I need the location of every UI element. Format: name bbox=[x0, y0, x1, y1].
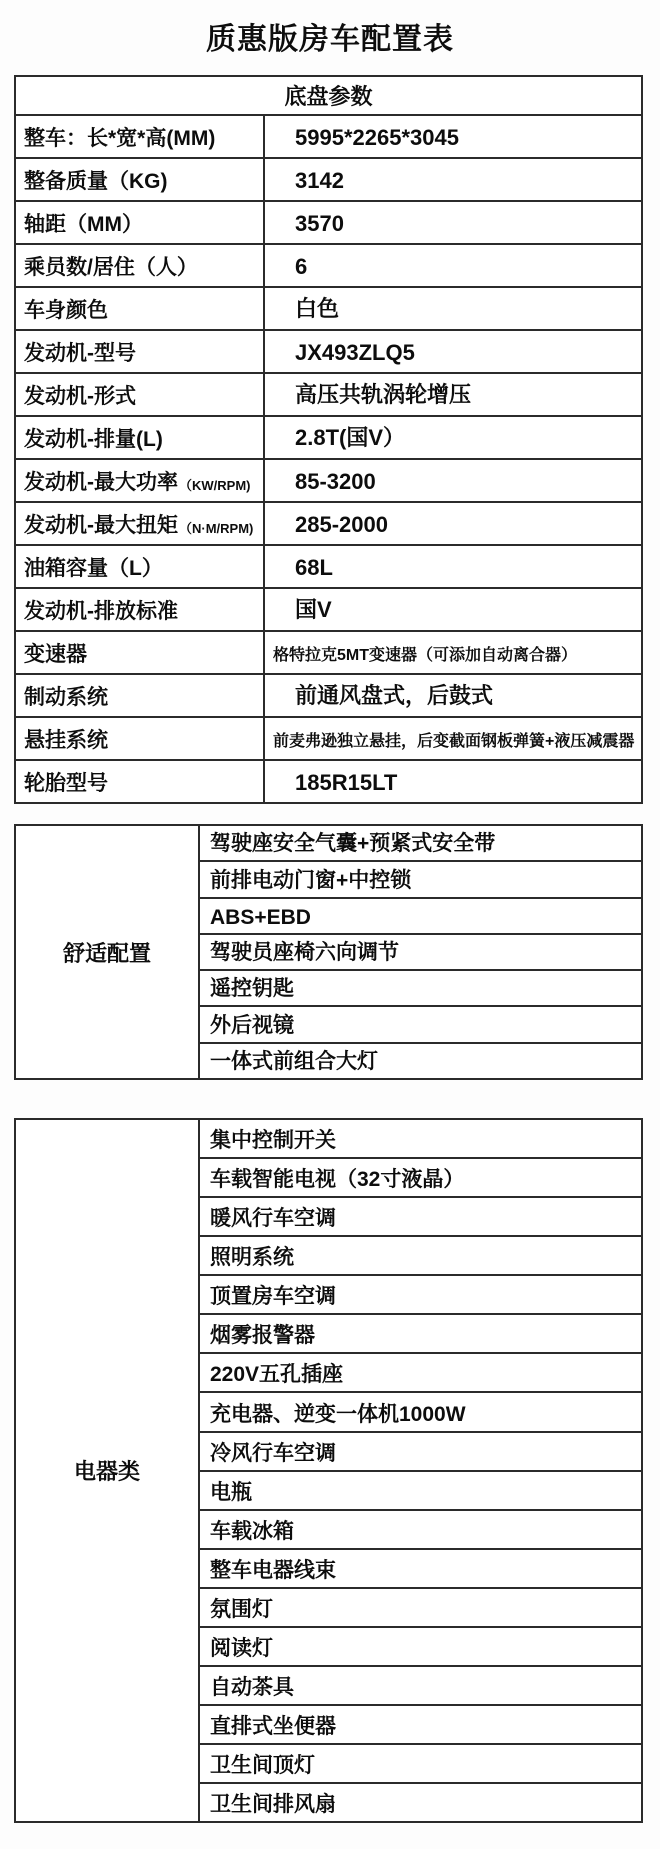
table-row: 轮胎型号 185R15LT bbox=[16, 759, 641, 802]
category-label: 电器类 bbox=[16, 1120, 200, 1821]
spec-value: 6 bbox=[265, 245, 641, 286]
spec-value: 85-3200 bbox=[265, 460, 641, 501]
spec-label: 轴距（MM） bbox=[16, 202, 265, 243]
feature-item: 氛围灯 bbox=[200, 1589, 641, 1628]
spec-label-text: 整车：长*宽*高(MM) bbox=[24, 122, 215, 152]
spec-label: 油箱容量（L） bbox=[16, 546, 265, 587]
table-row: 发动机-排量(L) 2.8T(国V） bbox=[16, 415, 641, 458]
feature-item: 自动茶具 bbox=[200, 1667, 641, 1706]
spec-label: 乘员数/居住（人） bbox=[16, 245, 265, 286]
spec-label-text: 车身颜色 bbox=[24, 294, 108, 324]
table-row: 整车：长*宽*高(MM) 5995*2265*3045 bbox=[16, 114, 641, 157]
table-row: 发动机-型号 JX493ZLQ5 bbox=[16, 329, 641, 372]
spec-label: 变速器 bbox=[16, 632, 265, 673]
feature-list: 驾驶座安全气囊+预紧式安全带 前排电动门窗+中控锁 ABS+EBD 驾驶员座椅六… bbox=[200, 826, 641, 1078]
feature-item: 卫生间排风扇 bbox=[200, 1784, 641, 1821]
spec-label-text: 悬挂系统 bbox=[24, 724, 108, 754]
spec-label-note: （KW/RPM) bbox=[179, 475, 251, 496]
table-row: 发动机-最大功率（KW/RPM) 85-3200 bbox=[16, 458, 641, 501]
feature-item: 顶置房车空调 bbox=[200, 1276, 641, 1315]
spec-label: 发动机-型号 bbox=[16, 331, 265, 372]
feature-item: 220V五孔插座 bbox=[200, 1354, 641, 1393]
feature-item: 卫生间顶灯 bbox=[200, 1745, 641, 1784]
table-row: 整备质量（KG) 3142 bbox=[16, 157, 641, 200]
spec-label-text: 发动机-型号 bbox=[24, 337, 136, 367]
comfort-table: 舒适配置 驾驶座安全气囊+预紧式安全带 前排电动门窗+中控锁 ABS+EBD 驾… bbox=[14, 824, 643, 1080]
feature-item: 充电器、逆变一体机1000W bbox=[200, 1393, 641, 1432]
table-row: 发动机-最大扭矩（N·M/RPM) 285-2000 bbox=[16, 501, 641, 544]
spec-label-text: 整备质量（KG) bbox=[24, 165, 168, 195]
spec-label-text: 变速器 bbox=[24, 638, 87, 668]
spec-label: 发动机-排放标准 bbox=[16, 589, 265, 630]
feature-item: 一体式前组合大灯 bbox=[200, 1044, 641, 1078]
spec-label-text: 油箱容量（L） bbox=[24, 552, 163, 582]
spec-label-text: 乘员数/居住（人） bbox=[24, 251, 198, 281]
page-title: 质惠版房车配置表 bbox=[0, 14, 660, 58]
spec-value: 白色 bbox=[265, 288, 641, 329]
feature-list: 集中控制开关 车载智能电视（32寸液晶） 暖风行车空调 照明系统 顶置房车空调 … bbox=[200, 1120, 641, 1821]
spec-label-text: 发动机-最大扭矩 bbox=[24, 509, 178, 539]
spec-label-note: （N·M/RPM) bbox=[179, 518, 253, 539]
spec-value: JX493ZLQ5 bbox=[265, 331, 641, 372]
spec-value: 3570 bbox=[265, 202, 641, 243]
feature-item: 冷风行车空调 bbox=[200, 1433, 641, 1472]
spec-label: 发动机-形式 bbox=[16, 374, 265, 415]
table-row: 制动系统 前通风盘式，后鼓式 bbox=[16, 673, 641, 716]
spec-value: 前麦弗逊独立悬挂，后变截面钢板弹簧+液压减震器 bbox=[265, 718, 641, 759]
spec-label: 悬挂系统 bbox=[16, 718, 265, 759]
spec-label-text: 发动机-排放标准 bbox=[24, 595, 178, 625]
table-row: 变速器 格特拉克5MT变速器（可添加自动离合器） bbox=[16, 630, 641, 673]
spec-value: 5995*2265*3045 bbox=[265, 116, 641, 157]
spec-label-text: 制动系统 bbox=[24, 681, 108, 711]
spec-value: 国V bbox=[265, 589, 641, 630]
table-row: 轴距（MM） 3570 bbox=[16, 200, 641, 243]
spec-value: 2.8T(国V） bbox=[265, 417, 641, 458]
spec-label: 车身颜色 bbox=[16, 288, 265, 329]
spec-value: 68L bbox=[265, 546, 641, 587]
spec-label: 制动系统 bbox=[16, 675, 265, 716]
table-row: 发动机-形式 高压共轨涡轮增压 bbox=[16, 372, 641, 415]
feature-item: 车载冰箱 bbox=[200, 1511, 641, 1550]
spec-value: 285-2000 bbox=[265, 503, 641, 544]
spec-value: 格特拉克5MT变速器（可添加自动离合器） bbox=[265, 632, 641, 673]
feature-item: 阅读灯 bbox=[200, 1628, 641, 1667]
spec-value: 高压共轨涡轮增压 bbox=[265, 374, 641, 415]
spec-label-text: 发动机-排量(L) bbox=[24, 423, 163, 453]
feature-item: 电瓶 bbox=[200, 1472, 641, 1511]
table-row: 油箱容量（L） 68L bbox=[16, 544, 641, 587]
feature-item: 暖风行车空调 bbox=[200, 1198, 641, 1237]
spec-value: 185R15LT bbox=[265, 761, 641, 802]
chassis-table-header: 底盘参数 bbox=[16, 77, 641, 114]
spec-label: 发动机-最大扭矩（N·M/RPM) bbox=[16, 503, 265, 544]
spec-label: 整备质量（KG) bbox=[16, 159, 265, 200]
feature-item: 直排式坐便器 bbox=[200, 1706, 641, 1745]
spec-label: 整车：长*宽*高(MM) bbox=[16, 116, 265, 157]
spec-label-text: 发动机-最大功率 bbox=[24, 466, 178, 496]
feature-item: 照明系统 bbox=[200, 1237, 641, 1276]
spec-label: 发动机-排量(L) bbox=[16, 417, 265, 458]
spec-value: 3142 bbox=[265, 159, 641, 200]
feature-item: 车载智能电视（32寸液晶） bbox=[200, 1159, 641, 1198]
table-row: 车身颜色 白色 bbox=[16, 286, 641, 329]
spec-label-text: 轴距（MM） bbox=[24, 208, 143, 238]
feature-item: 集中控制开关 bbox=[200, 1120, 641, 1159]
spec-label-text: 轮胎型号 bbox=[24, 767, 108, 797]
feature-item: 烟雾报警器 bbox=[200, 1315, 641, 1354]
spec-label: 发动机-最大功率（KW/RPM) bbox=[16, 460, 265, 501]
table-row: 发动机-排放标准 国V bbox=[16, 587, 641, 630]
table-row: 乘员数/居住（人） 6 bbox=[16, 243, 641, 286]
feature-item: 遥控钥匙 bbox=[200, 971, 641, 1007]
spec-label: 轮胎型号 bbox=[16, 761, 265, 802]
category-label: 舒适配置 bbox=[16, 826, 200, 1078]
table-row: 悬挂系统 前麦弗逊独立悬挂，后变截面钢板弹簧+液压减震器 bbox=[16, 716, 641, 759]
chassis-table: 底盘参数 整车：长*宽*高(MM) 5995*2265*3045 整备质量（KG… bbox=[14, 75, 643, 804]
feature-item: 驾驶员座椅六向调节 bbox=[200, 935, 641, 971]
feature-item: ABS+EBD bbox=[200, 899, 641, 935]
spec-label-text: 发动机-形式 bbox=[24, 380, 136, 410]
electrical-table: 电器类 集中控制开关 车载智能电视（32寸液晶） 暖风行车空调 照明系统 顶置房… bbox=[14, 1118, 643, 1823]
feature-item: 前排电动门窗+中控锁 bbox=[200, 862, 641, 898]
spec-value: 前通风盘式，后鼓式 bbox=[265, 675, 641, 716]
feature-item: 外后视镜 bbox=[200, 1007, 641, 1043]
feature-item: 整车电器线束 bbox=[200, 1550, 641, 1589]
feature-item: 驾驶座安全气囊+预紧式安全带 bbox=[200, 826, 641, 862]
